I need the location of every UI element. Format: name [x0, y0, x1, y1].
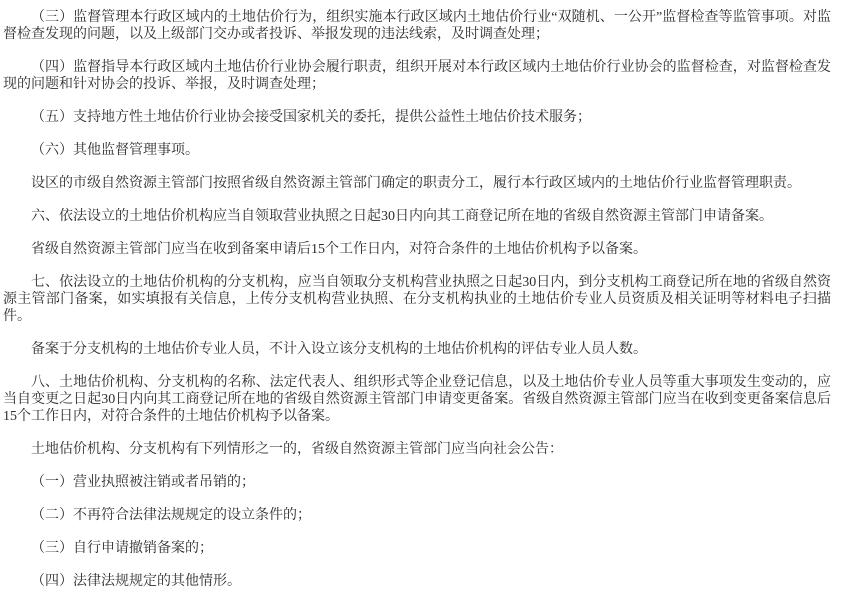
paragraph-public-announce: 土地估价机构、分支机构有下列情形之一的，省级自然资源主管部门应当向社会公告：	[3, 441, 831, 458]
paragraph-case-4: （四）法律法规规定的其他情形。	[3, 573, 831, 590]
paragraph-branch-staff: 备案于分支机构的土地估价专业人员，不计入设立该分支机构的土地估价机构的评估专业人…	[3, 341, 831, 358]
paragraph-item-6: （六）其他监督管理事项。	[3, 142, 831, 159]
paragraph-article-7: 七、依法设立的土地估价机构的分支机构，应当自领取分支机构营业执照之日起30日内，…	[3, 274, 831, 325]
paragraph-article-8: 八、土地估价机构、分支机构的名称、法定代表人、组织形式等企业登记信息，以及土地估…	[3, 374, 831, 425]
paragraph-item-5: （五）支持地方性土地估价行业协会接受国家机关的委托，提供公益性土地估价技术服务；	[3, 109, 831, 126]
paragraph-case-3: （三）自行申请撤销备案的；	[3, 540, 831, 557]
paragraph-filing-15days: 省级自然资源主管部门应当在收到备案申请后15个工作日内，对符合条件的土地估价机构…	[3, 241, 831, 258]
paragraph-item-3: （三）监督管理本行政区域内的土地估价行为，组织实施本行政区域内土地估价行业“双随…	[3, 9, 831, 43]
paragraph-article-6: 六、依法设立的土地估价机构应当自领取营业执照之日起30日内向其工商登记所在地的省…	[3, 208, 831, 225]
paragraph-city-duty: 设区的市级自然资源主管部门按照省级自然资源主管部门确定的职责分工，履行本行政区域…	[3, 175, 831, 192]
paragraph-item-4: （四）监督指导本行政区域内土地估价行业协会履行职责，组织开展对本行政区域内土地估…	[3, 59, 831, 93]
paragraph-case-1: （一）营业执照被注销或者吊销的；	[3, 474, 831, 491]
document-page: （三）监督管理本行政区域内的土地估价行为，组织实施本行政区域内土地估价行业“双随…	[0, 0, 842, 595]
paragraph-case-2: （二）不再符合法律法规规定的设立条件的；	[3, 507, 831, 524]
